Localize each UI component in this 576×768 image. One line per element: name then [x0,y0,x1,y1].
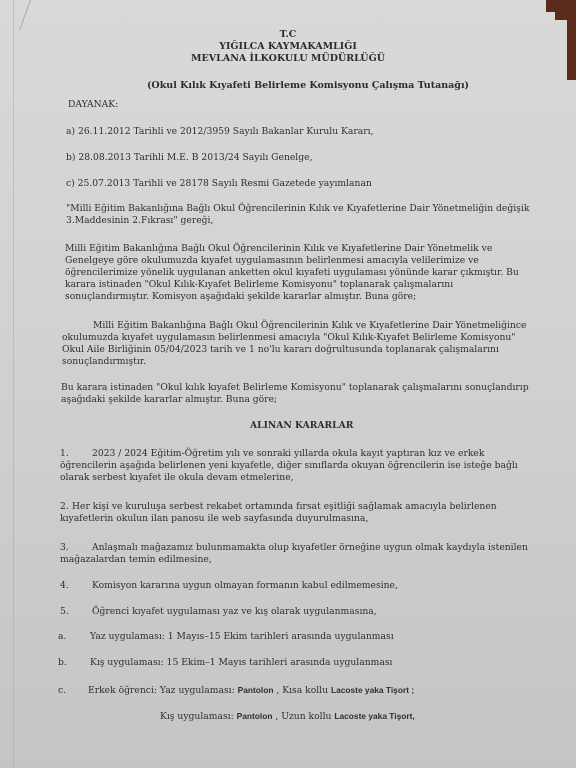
decision-item-4: 4.Komisyon kararına uygun olmayan forman… [60,580,398,593]
decision-number: 1. [60,448,92,461]
subitem-text: Kış uygulaması: 15 Ekim–1 Mayıs tarihler… [90,657,392,668]
paper-fold-line [13,0,14,768]
subitem-letter: b. [58,657,90,670]
decision-text: Anlaşmalı mağazamız bulunmamakta olup kı… [92,542,528,553]
dayanak-item-b: b) 28.08.2013 Tarihli M.E. B 2013/24 Say… [66,152,313,165]
decision-number: 2. [60,501,72,514]
decision-number: 5. [60,606,92,619]
subitem-b: b.Kış uygulaması: 15 Ekim–1 Mayıs tarihl… [58,657,392,670]
summer-separator: , Kısa kollu [273,685,331,696]
winter-item-shirt: Lacoste yaka Tişort, [334,711,414,721]
decision-line: kıyafetlerin okulun ilan panosu ile web … [60,513,368,526]
winter-label: Kış uygulaması: [160,711,234,722]
subitem-text: Yaz uygulaması: 1 Mayıs–15 Ekim tarihler… [90,631,394,642]
winter-separator: , Uzun kollu [272,711,334,722]
decision-line: öğrencilerin aşağıda belirlenen yeni kıy… [60,460,518,473]
dayanak-quote-line: "Milli Eğitim Bakanlığına Bağlı Okul Öğr… [66,203,529,216]
subitem-a: a.Yaz uygulaması: 1 Mayıs–15 Ekim tarihl… [58,631,394,644]
summer-label: Erkek öğrenci: Yaz uygulaması: [88,685,235,696]
document-subtitle: (Okul Kılık Kıyafeti Belirleme Komisyonu… [20,80,576,91]
paragraph2-line: Okul Aile Birliğinin 05/04/2023 tarih ve… [62,344,499,357]
winter-item-trousers: Pantolon [237,711,273,721]
paragraph1-line: karara istinaden "Okul Kılık-Kıyafet Bel… [65,279,453,292]
decision-number: 4. [60,580,92,593]
decision-text: Öğrenci kıyafet uygulaması yaz ve kış ol… [92,606,377,617]
paragraph3-line: Bu karara istinaden "Okul kılık kıyafet … [61,382,529,395]
header-district: YIĞILCA KAYMAKAMLIĞI [0,41,576,52]
decision-item-5: 5.Öğrenci kıyafet uygulaması yaz ve kış … [60,606,377,619]
paragraph1-line: sonuçlandırmıştır. Komisyon aşağıdaki şe… [65,291,416,304]
paragraph1-line: Milli Eğitim Bakanlığına Bağlı Okul Öğre… [65,243,492,256]
subitem-letter: a. [58,631,90,644]
dayanak-item-a: a) 26.11.2012 Tarihli ve 2012/3959 Sayıl… [66,126,374,139]
paragraph3-line: aşağıdaki şekilde kararlar almıştır. Bun… [61,394,277,407]
subitem-letter: c. [58,685,88,698]
decision-line: olarak serbest kıyafet ile okula devam e… [60,472,294,485]
paragraph1-line: Genelgeye göre okulumuzda kıyafet uygula… [65,255,479,268]
paragraph2-line: sonuçlandırmıştır. [62,356,146,369]
header-tc: T.C [0,29,576,40]
decision-item-1: 1.2023 / 2024 Eğitim-Öğretim yılı ve son… [60,448,484,461]
summer-item-trousers: Pantolon [238,685,274,695]
subitem-c-winter: Kış uygulaması: Pantolon , Uzun kollu La… [160,710,415,724]
dayanak-item-c: c) 25.07.2013 Tarihli ve 28178 Sayılı Re… [66,178,372,191]
decision-item-3: 3.Anlaşmalı mağazamız bulunmamakta olup … [60,542,528,555]
decisions-title: ALINAN KARARLAR [250,420,353,433]
decision-text: Komisyon kararına uygun olmayan formanın… [92,580,398,591]
decision-number: 3. [60,542,92,555]
paragraph2-line: Milli Eğitim Bakanlığına Bağlı Okul Öğre… [93,320,526,333]
decision-item-2: 2.Her kişi ve kuruluşa serbest rekabet o… [60,501,497,514]
subitem-c: c.Erkek öğrenci: Yaz uygulaması: Pantolo… [58,684,414,698]
decision-text: Her kişi ve kuruluşa serbest rekabet ort… [72,501,497,512]
dayanak-quote-line: 3.Maddesinin 2.Fıkrası" gereği, [66,215,213,228]
paragraph1-line: öğrencilerimize yönelik uygulanan ankett… [65,267,519,280]
header-school: MEVLANA İLKOKULU MÜDÜRLÜĞÜ [0,53,576,64]
summer-item-shirt: Lacoste yaka Tişort ; [331,685,414,695]
dayanak-label: DAYANAK: [68,99,118,112]
decision-text: 2023 / 2024 Eğitim-Öğretim yılı ve sonra… [92,448,484,459]
paragraph2-line: okulumuzda kıyafet uygulamasın belirlenm… [62,332,516,345]
decision-line: mağazalardan temin edilmesine, [60,554,212,567]
